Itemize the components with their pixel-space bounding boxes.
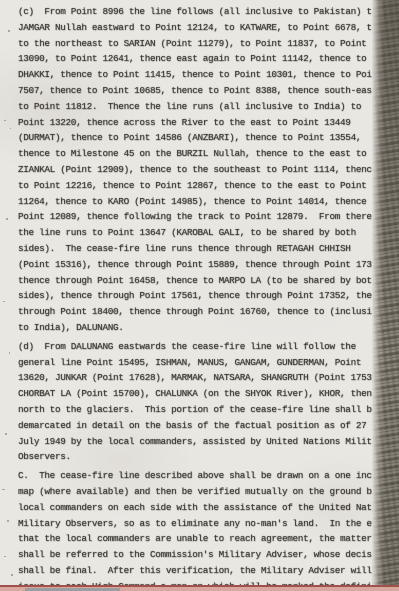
text-line: (c) From Point 8996 the line follows (al… bbox=[18, 4, 399, 20]
text-line: to the northeast to SARIAN (Point 11279)… bbox=[18, 36, 399, 52]
document-text-block: (c) From Point 8996 the line follows (al… bbox=[18, 4, 399, 591]
scan-speck bbox=[3, 301, 5, 302]
text-line: sides). The cease-fire line runs thence … bbox=[18, 241, 399, 257]
para-C: C. The cease-fire line described above s… bbox=[18, 468, 399, 591]
text-line: demarcated in detail on the basis of the… bbox=[18, 418, 399, 434]
scan-speck bbox=[10, 128, 11, 129]
text-line: local commanders on each side with the a… bbox=[18, 500, 399, 516]
text-line: 13090, to Point 12641, thence east again… bbox=[18, 51, 399, 67]
bottom-edge-strip bbox=[0, 585, 399, 591]
text-line: 13620, JUNKAR (Point 17628), MARMAK, NAT… bbox=[18, 370, 399, 386]
text-line: north to the glaciers. This portion of t… bbox=[18, 402, 399, 418]
text-line: Military Observers, so as to eliminate a… bbox=[18, 516, 399, 532]
scan-speck bbox=[7, 520, 9, 522]
page-gutter-shadow bbox=[372, 0, 399, 591]
text-line: 7507, thence to Point 10685, thence to P… bbox=[18, 83, 399, 99]
text-line: map (where available) and then be verifi… bbox=[18, 484, 399, 500]
scan-speck bbox=[11, 574, 13, 576]
scan-speck bbox=[2, 489, 5, 490]
text-line: Observers. bbox=[18, 449, 399, 465]
para-d: (d) From DALUNANG eastwards the cease-fi… bbox=[18, 339, 399, 465]
text-line: general line Point 15495, ISHMAN, MANUS,… bbox=[18, 355, 399, 371]
text-line: thence through Point 16458, thence to MA… bbox=[18, 273, 399, 289]
text-line: the line runs to Point 13647 (KAROBAL GA… bbox=[18, 225, 399, 241]
scan-speck bbox=[4, 120, 6, 121]
text-line: sides), thence through Point 17561, then… bbox=[18, 288, 399, 304]
scan-speck bbox=[6, 218, 8, 220]
text-line: shall be referred to the Commission's Mi… bbox=[18, 547, 399, 563]
text-line: JAMGAR Nullah eastward to Point 12124, t… bbox=[18, 20, 399, 36]
text-line: that the local commanders are unable to … bbox=[18, 531, 399, 547]
text-line: Point 12089, thence following the track … bbox=[18, 209, 399, 225]
text-line: DHAKKI, thence to Point 11415, thence to… bbox=[18, 67, 399, 83]
text-line: to Point 12216, thence to Point 12867, t… bbox=[18, 178, 399, 194]
scan-speck bbox=[5, 433, 7, 435]
text-line: thence to Milestone 45 on the BURZIL Nul… bbox=[18, 146, 399, 162]
text-line: C. The cease-fire line described above s… bbox=[18, 468, 399, 484]
text-line: shall be final. After this verification,… bbox=[18, 563, 399, 579]
text-line: to India), DALUNANG. bbox=[18, 320, 399, 336]
scan-speck bbox=[8, 30, 10, 32]
text-line: (d) From DALUNANG eastwards the cease-fi… bbox=[18, 339, 399, 355]
text-line: 11264, thence to KARO (Point 14985), the… bbox=[18, 194, 399, 210]
para-c: (c) From Point 8996 the line follows (al… bbox=[18, 4, 399, 336]
text-line: (DURMAT), thence to Point 14586 (ANZBARI… bbox=[18, 130, 399, 146]
text-line: (Point 15316), thence through Point 1588… bbox=[18, 257, 399, 273]
text-line: to Point 11812. Thence the line runs (al… bbox=[18, 99, 399, 115]
scan-speck bbox=[4, 556, 6, 557]
scan-speck bbox=[9, 352, 10, 354]
text-line: through Point 18400, thence through Poin… bbox=[18, 304, 399, 320]
text-line: Point 13220, thence across the River to … bbox=[18, 115, 399, 131]
text-line: July 1949 by the local commanders, assis… bbox=[18, 434, 399, 450]
text-line: CHORBAT LA (Point 15700), CHALUNKA (on t… bbox=[18, 386, 399, 402]
text-line: ZIANKAL (Point 12909), thence to the sou… bbox=[18, 162, 399, 178]
scanned-document-page: (c) From Point 8996 the line follows (al… bbox=[0, 0, 399, 591]
